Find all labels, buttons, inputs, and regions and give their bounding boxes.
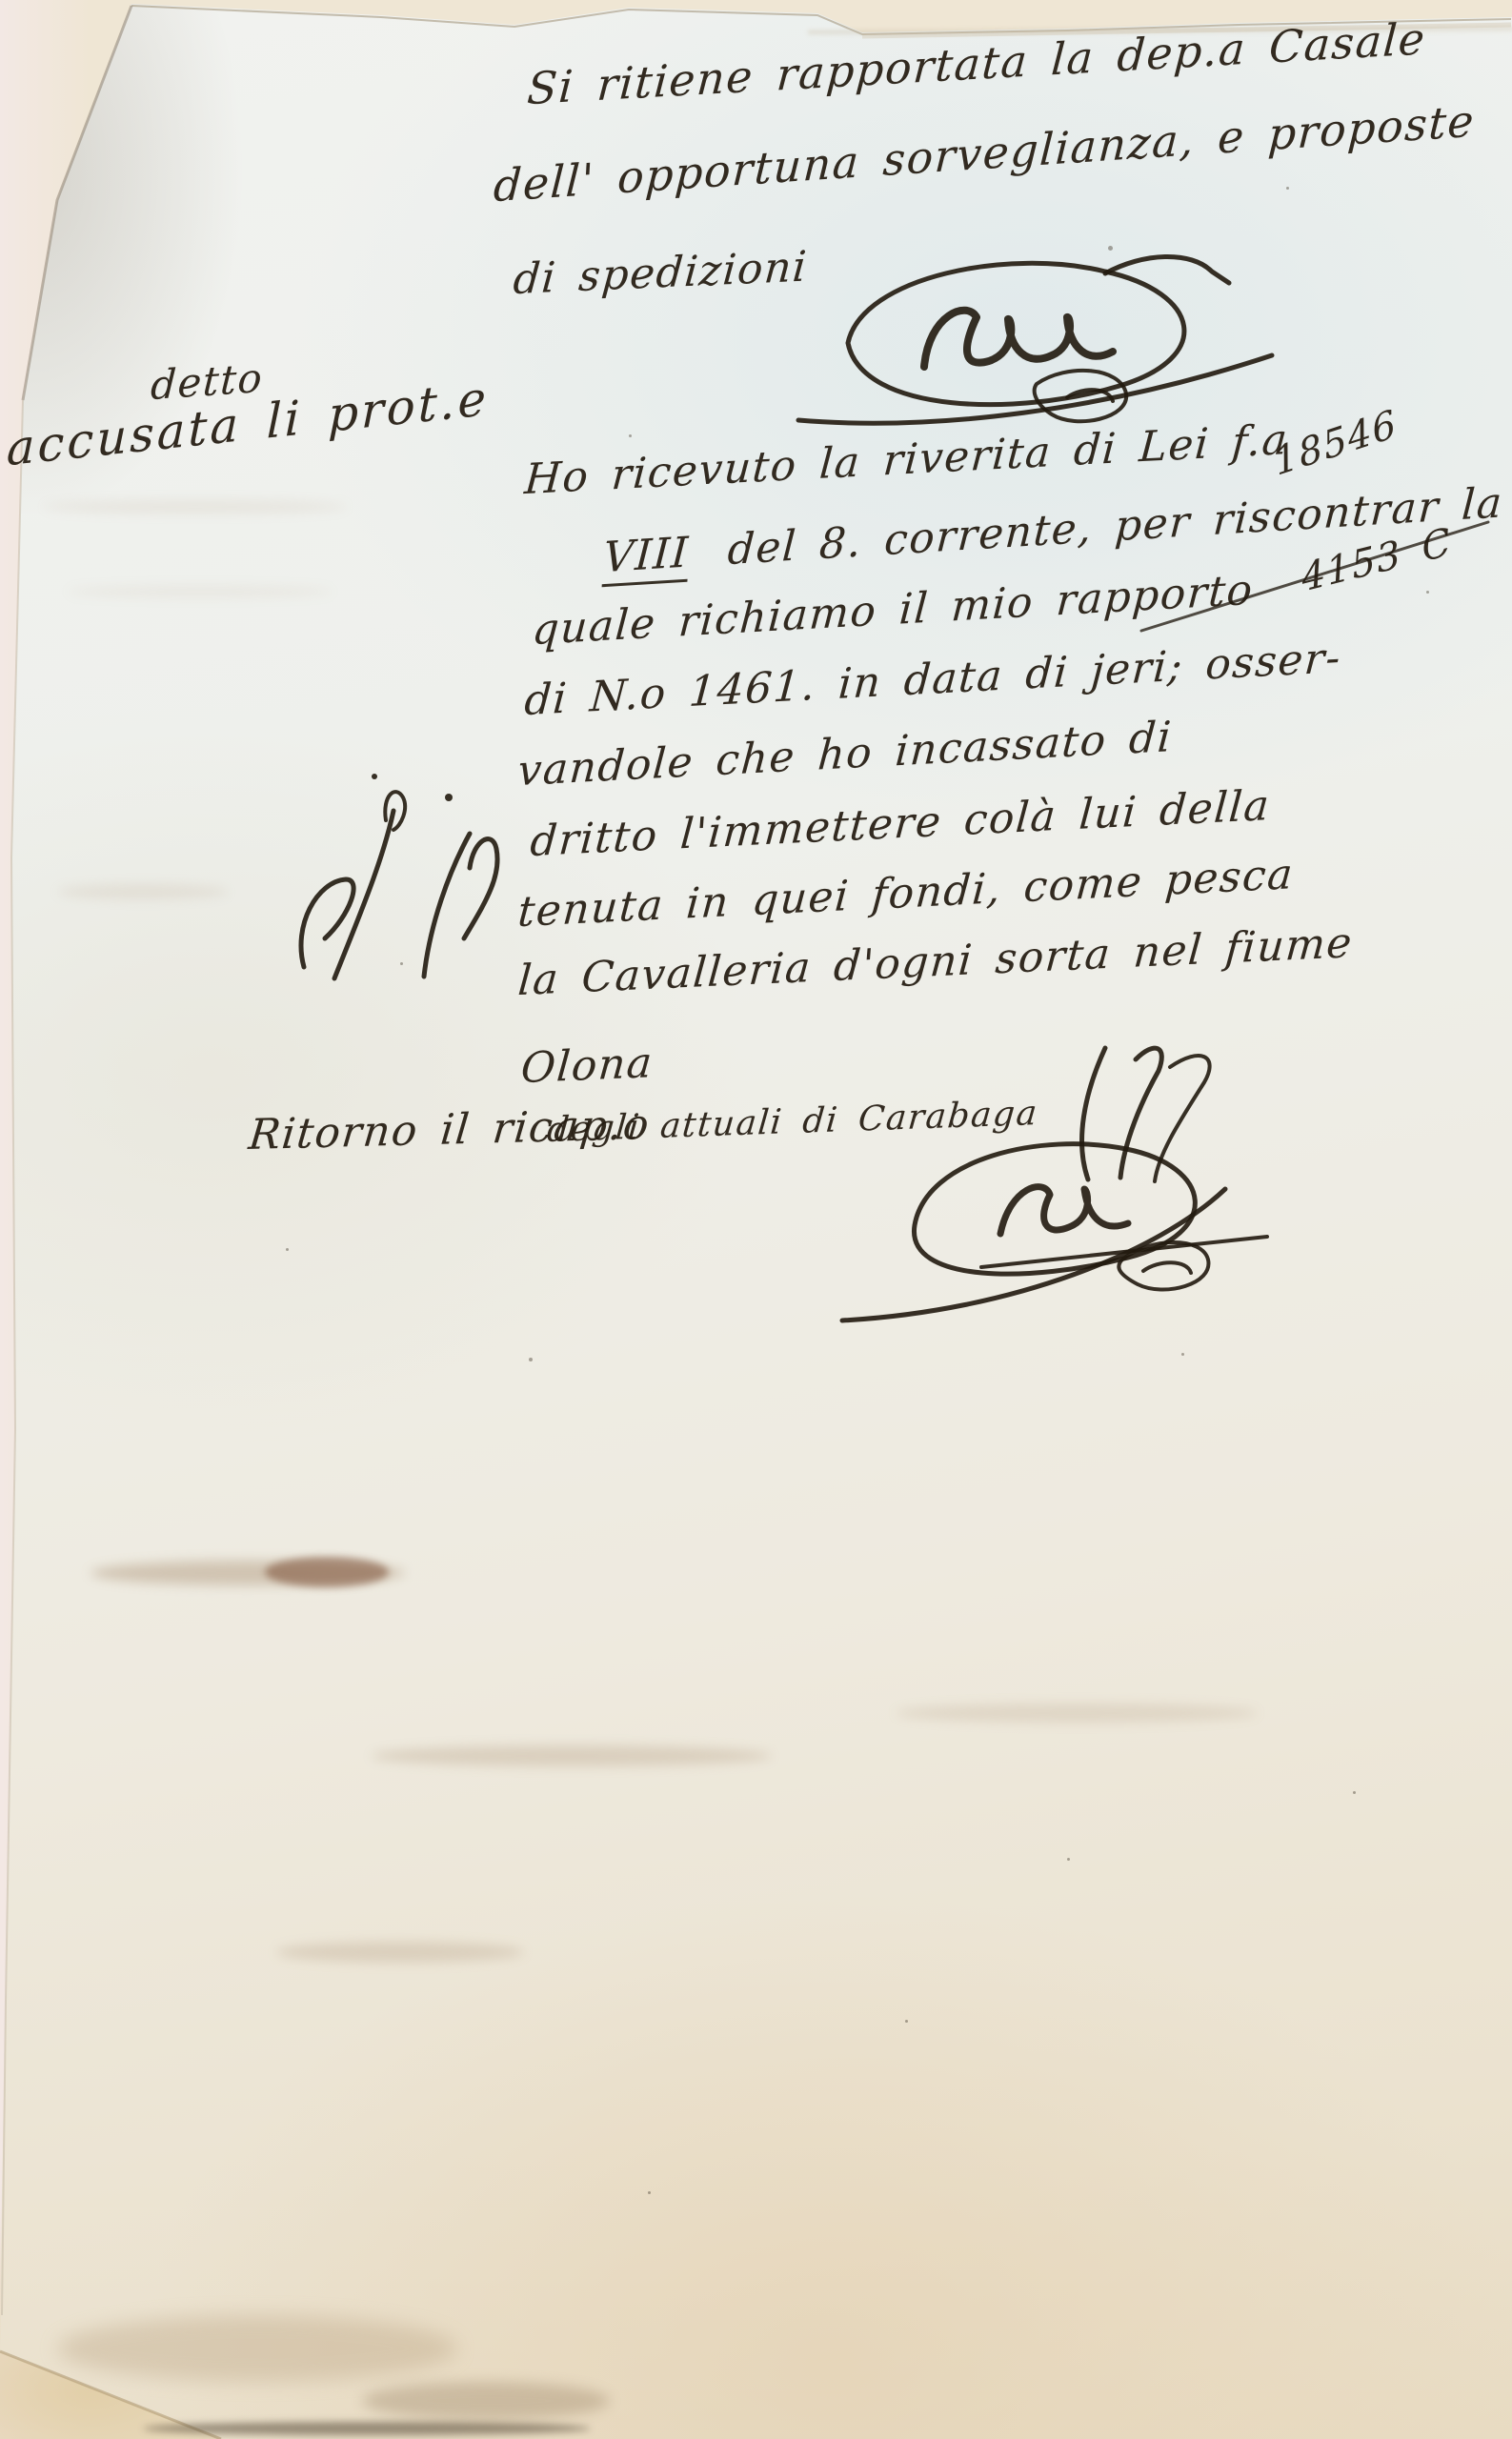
margin-initials-rubric xyxy=(243,738,529,1005)
scanned-document-page: { "document": { "type": "scanned handwri… xyxy=(0,0,1512,2439)
signature-paraph-bottom xyxy=(819,1038,1277,1324)
signature-paraph-top xyxy=(781,233,1286,433)
